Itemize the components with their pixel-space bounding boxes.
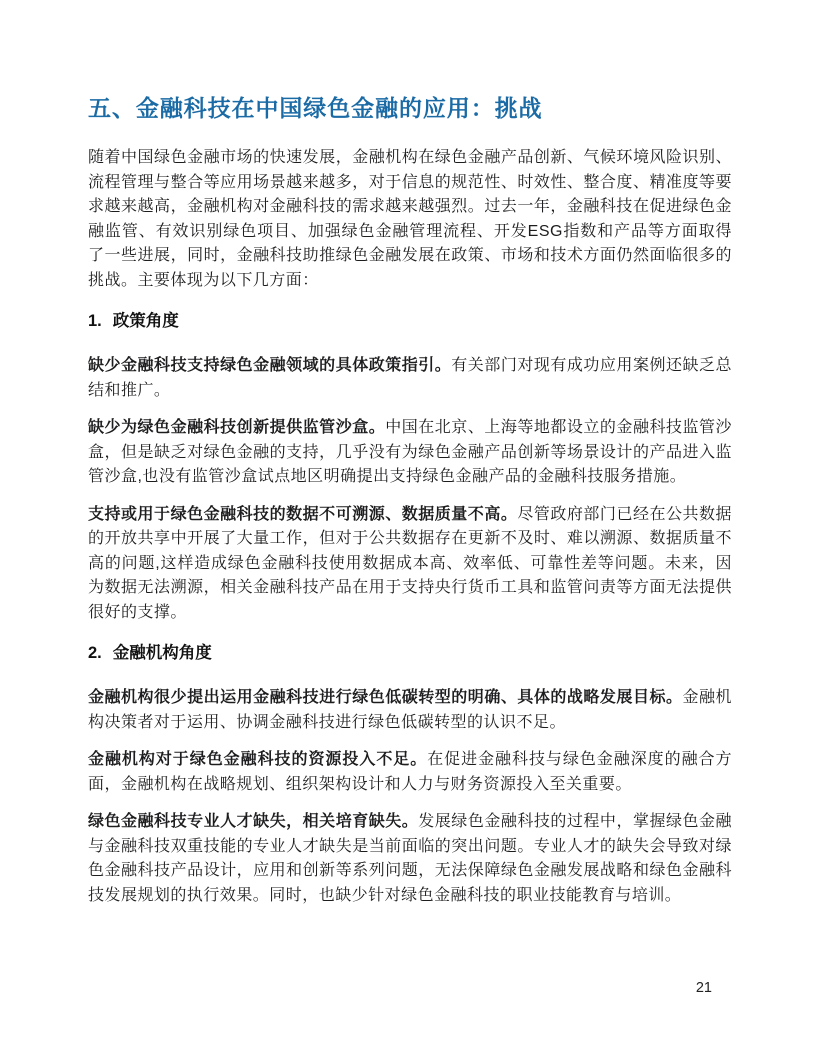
intro-paragraph: 随着中国绿色金融市场的快速发展，金融机构在绿色金融产品创新、气候环境风险识别、流…	[88, 146, 732, 293]
page-content: 五、金融科技在中国绿色金融的应用：挑战 随着中国绿色金融市场的快速发展，金融机构…	[88, 92, 732, 921]
institution-paragraph-talent: 绿色金融科技专业人才缺失，相关培育缺失。发展绿色金融科技的过程中，掌握绿色金融与…	[88, 810, 732, 908]
paragraph-lead: 金融机构对于绿色金融科技的资源投入不足。	[88, 751, 427, 768]
section-heading-policy: 1.政策角度	[88, 309, 732, 334]
paragraph-lead: 缺少金融科技支持绿色金融领域的具体政策指引。	[88, 357, 451, 374]
page-title: 五、金融科技在中国绿色金融的应用：挑战	[88, 92, 732, 124]
institution-paragraph-resources: 金融机构对于绿色金融科技的资源投入不足。在促进金融科技与绿色金融深度的融合方面，…	[88, 748, 732, 797]
institution-paragraph-strategy: 金融机构很少提出运用金融科技进行绿色低碳转型的明确、具体的战略发展目标。金融机构…	[88, 686, 732, 735]
section-number: 1.	[88, 312, 102, 330]
policy-paragraph-data-quality: 支持或用于绿色金融科技的数据不可溯源、数据质量不高。尽管政府部门已经在公共数据的…	[88, 503, 732, 626]
paragraph-lead: 缺少为绿色金融科技创新提供监管沙盒。	[88, 419, 385, 436]
paragraph-lead: 支持或用于绿色金融科技的数据不可溯源、数据质量不高。	[88, 506, 517, 523]
policy-paragraph-sandbox: 缺少为绿色金融科技创新提供监管沙盒。中国在北京、上海等地都设立的金融科技监管沙盒…	[88, 416, 732, 490]
document-page: 五、金融科技在中国绿色金融的应用：挑战 随着中国绿色金融市场的快速发展，金融机构…	[0, 0, 816, 1056]
paragraph-lead: 金融机构很少提出运用金融科技进行绿色低碳转型的明确、具体的战略发展目标。	[88, 689, 682, 706]
paragraph-lead: 绿色金融科技专业人才缺失，相关培育缺失。	[88, 813, 418, 830]
section-number: 2.	[88, 644, 102, 662]
policy-paragraph-guidance: 缺少金融科技支持绿色金融领域的具体政策指引。有关部门对现有成功应用案例还缺乏总结…	[88, 354, 732, 403]
section-title: 政策角度	[113, 312, 179, 330]
section-title: 金融机构角度	[113, 644, 212, 662]
page-number: 21	[696, 980, 712, 997]
section-heading-institutions: 2.金融机构角度	[88, 641, 732, 666]
